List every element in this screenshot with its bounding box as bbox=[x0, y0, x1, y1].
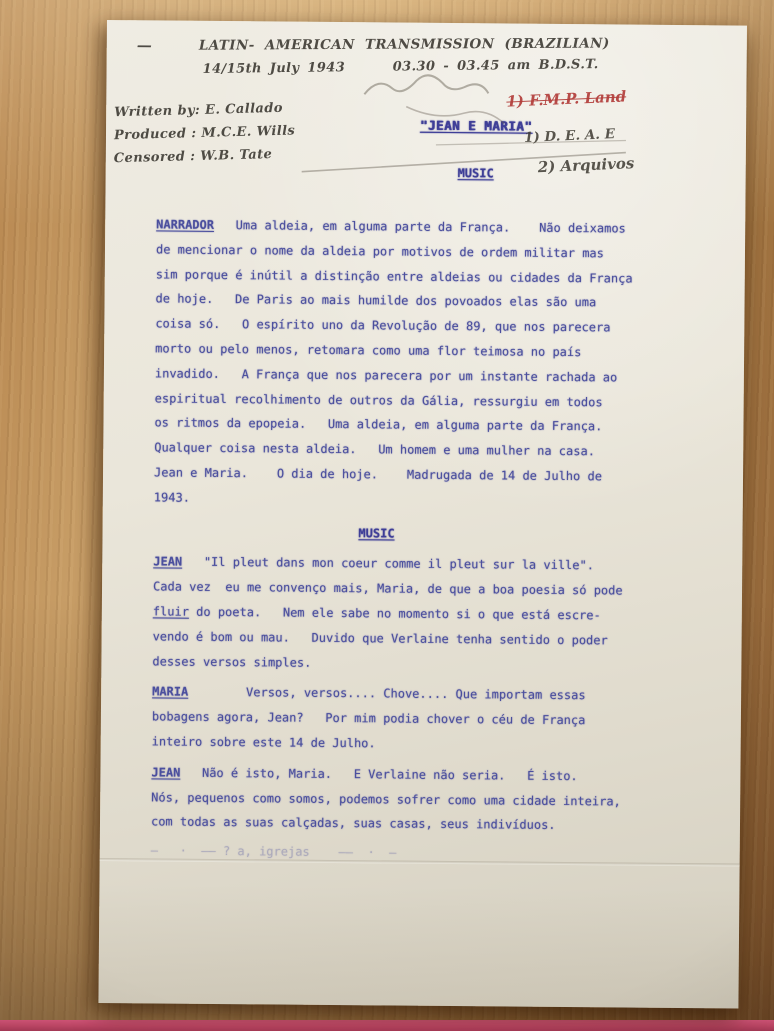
crossed-out-red-annotation: 1) F.M.P. Land bbox=[506, 87, 627, 110]
pencil-tick-mark: — bbox=[137, 36, 153, 54]
speaker-jean: JEAN bbox=[151, 765, 180, 779]
narrador-line: Jean e Maria. O dia de hoje. Madrugada d… bbox=[154, 460, 646, 489]
maria-line: inteiro sobre este 14 de Julho. bbox=[152, 729, 644, 758]
jean-line-rest: do poeta. Nem ele sabe no momento si o q… bbox=[189, 605, 601, 623]
jean-line: JEAN Não é isto, Maria. E Verlaine não s… bbox=[151, 760, 643, 789]
jean-opening: "Il pleut dans mon coeur comme il pleut … bbox=[182, 555, 594, 573]
narrador-opening: Uma aldeia, em alguma parte da França. N… bbox=[214, 218, 626, 236]
transmission-title-handwritten: LATIN- AMERICAN TRANSMISSION (BRAZILIAN) bbox=[199, 36, 610, 54]
narrador-line: invadido. A França que nos parecera por … bbox=[155, 361, 647, 390]
pink-object-edge bbox=[0, 1020, 774, 1031]
credits-block: Written by: E. Callado Produced : M.C.E.… bbox=[114, 98, 296, 169]
narrador-line: de mencionar o nome da aldeia por motivo… bbox=[156, 237, 648, 266]
jean-line: vendo é bom ou mau. Duvido que Verlaine … bbox=[153, 624, 645, 653]
music-cue-top: MUSIC bbox=[458, 166, 494, 180]
speaker-narrador: NARRADOR bbox=[156, 217, 214, 232]
jean-line: com todas as suas calçadas, suas casas, … bbox=[151, 810, 643, 839]
paper-shading bbox=[98, 883, 739, 1009]
music-cue-middle: MUSIC bbox=[358, 521, 394, 546]
typescript-page: — LATIN- AMERICAN TRANSMISSION (BRAZILIA… bbox=[98, 20, 747, 1009]
music-cue-middle-row: MUSIC bbox=[153, 518, 599, 548]
speaker-maria: MARIA bbox=[152, 685, 188, 699]
underlined-word: fluir bbox=[153, 604, 189, 618]
script-title: "JEAN E MARIA" bbox=[420, 118, 532, 134]
speaker-jean: JEAN bbox=[153, 555, 182, 569]
pencil-annotation-2: 2) Arquivos bbox=[537, 154, 634, 176]
narrador-line: 1943. bbox=[154, 485, 646, 514]
jean-opening: Não é isto, Maria. E Verlaine não seria.… bbox=[180, 765, 577, 782]
date-time-handwritten: 14/15th July 1943 03.30 - 03.45 am B.D.S… bbox=[203, 57, 599, 77]
maria-opening: Versos, versos.... Chove.... Que importa… bbox=[188, 685, 585, 702]
jean-line: desses versos simples. bbox=[152, 649, 644, 678]
censored-line: Censored : W.B. Tate bbox=[114, 142, 296, 170]
photo-of-typescript: — LATIN- AMERICAN TRANSMISSION (BRAZILIA… bbox=[0, 0, 774, 1031]
typed-script-body: NARRADOR Uma aldeia, em alguma parte da … bbox=[151, 212, 649, 867]
